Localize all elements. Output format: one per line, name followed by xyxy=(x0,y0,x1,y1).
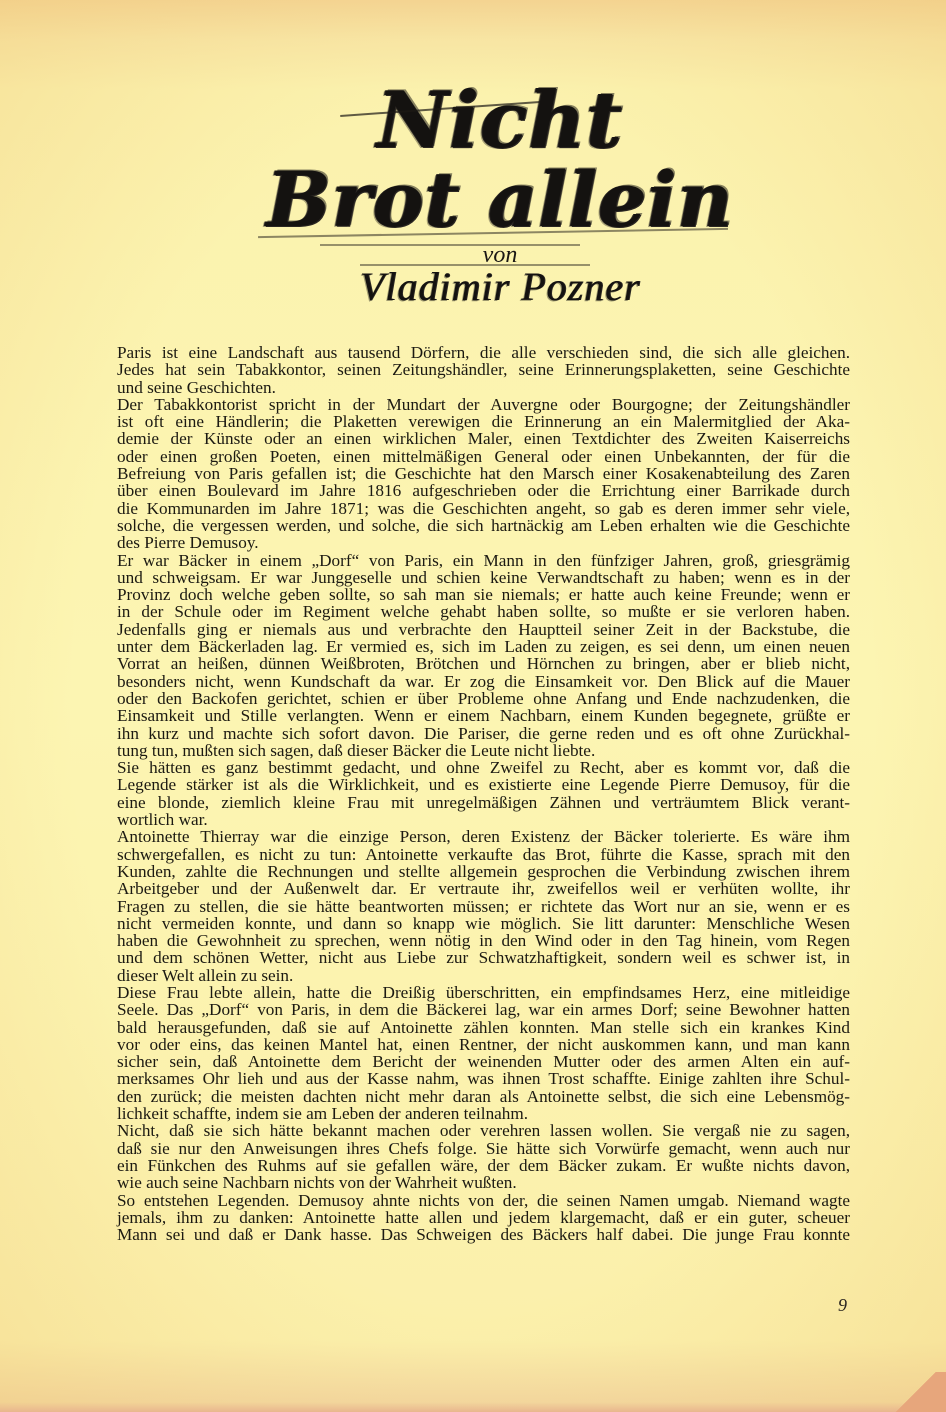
text-line: Paris ist eine Landschaft aus tausend Dö… xyxy=(117,344,850,361)
text-line: lichkeit schaffte, indem sie am Leben de… xyxy=(117,1105,850,1122)
text-line: die Kommunarden im Jahre 1871; was die G… xyxy=(117,500,850,517)
text-line: Jedenfalls ging er niemals aus und verbr… xyxy=(117,621,850,638)
paragraph: Diese Frau lebte allein, hatte die Dreiß… xyxy=(117,984,850,1122)
text-line: Nicht, daß sie sich hätte bekannt machen… xyxy=(117,1122,850,1139)
text-line: Sie hätten es ganz bestimmt gedacht, und… xyxy=(117,759,850,776)
text-line: Seele. Das „Dorf“ von Paris, in dem die … xyxy=(117,1001,850,1018)
title-line-1: Nicht xyxy=(240,82,760,160)
article-body: Paris ist eine Landschaft aus tausend Dö… xyxy=(117,344,850,1243)
text-line: besonders nicht, wenn Kundschaft da war.… xyxy=(117,673,850,690)
text-line: Der Tabakkontorist spricht in der Mundar… xyxy=(117,396,850,413)
text-line: vor oder eins, das keinen Mantel hat, ei… xyxy=(117,1036,850,1053)
text-line: Kunden, zahlte die Rechnungen und stellt… xyxy=(117,863,850,880)
text-line: wie auch seine Nachbarn nichts von der W… xyxy=(117,1174,850,1191)
text-line: und seine Geschichten. xyxy=(117,379,850,396)
text-line: Einsamkeit und Stille verlangten. Wenn e… xyxy=(117,707,850,724)
text-line: in der Schule oder im Regiment welche ge… xyxy=(117,603,850,620)
text-line: Provinz doch welche geben sollte, so sah… xyxy=(117,586,850,603)
text-line: wortlich war. xyxy=(117,811,850,828)
paragraph: Antoinette Thierray war die einzige Pers… xyxy=(117,828,850,984)
title-decoration-stroke xyxy=(360,264,590,266)
text-line: über einen Boulevard im Jahre 1816 aufge… xyxy=(117,482,850,499)
text-line: eine blonde, ziemlich kleine Frau mit un… xyxy=(117,794,850,811)
text-line: und schweigsam. Er war Junggeselle und s… xyxy=(117,569,850,586)
text-line: demie der Künste oder an einen wirkliche… xyxy=(117,430,850,447)
text-line: daß sie nur den Anweisungen ihres Chefs … xyxy=(117,1140,850,1157)
paragraph: Sie hätten es ganz bestimmt gedacht, und… xyxy=(117,759,850,828)
text-line: schwergefallen, es nicht zu tun: Antoine… xyxy=(117,846,850,863)
text-line: Mann sei und daß er Dank hasse. Das Schw… xyxy=(117,1226,850,1243)
text-line: Diese Frau lebte allein, hatte die Dreiß… xyxy=(117,984,850,1001)
text-line: Legende stärker ist als die Wirklichkeit… xyxy=(117,776,850,793)
text-line: dieser Welt allein zu sein. xyxy=(117,967,850,984)
text-line: bald herausgefunden, daß sie auf Antoine… xyxy=(117,1019,850,1036)
text-line: Antoinette Thierray war die einzige Pers… xyxy=(117,828,850,845)
text-line: Befreiung von Paris gefallen ist; die Ge… xyxy=(117,465,850,482)
magazine-page: Nicht Brot allein von Vladimir Pozner Pa… xyxy=(0,0,946,1412)
paragraph: Er war Bäcker in einem „Dorf“ von Paris,… xyxy=(117,552,850,760)
title-line-2: Brot allein xyxy=(240,162,760,238)
article-title-block: Nicht Brot allein von Vladimir Pozner xyxy=(240,78,760,308)
text-line: Jedes hat sein Tabakkontor, seinen Zeitu… xyxy=(117,361,850,378)
text-line: ist oft eine Händlerin; die Plaketten ve… xyxy=(117,413,850,430)
text-line: tung tun, mußten sich sagen, daß dieser … xyxy=(117,742,850,759)
text-line: des Pierre Demusoy. xyxy=(117,534,850,551)
text-line: Er war Bäcker in einem „Dorf“ von Paris,… xyxy=(117,552,850,569)
text-line: ein Fünkchen des Ruhms auf sie gefallen … xyxy=(117,1157,850,1174)
text-line: Arbeitgeber und der Außenwelt dar. Er ve… xyxy=(117,880,850,897)
author-name: Vladimir Pozner xyxy=(240,263,760,310)
text-line: oder einen großen Poeten, einen mittelmä… xyxy=(117,448,850,465)
text-line: Fragen zu stellen, die sie hätte beantwo… xyxy=(117,898,850,915)
page-number: 9 xyxy=(838,1295,847,1316)
text-line: nicht vermeiden konnte, und dann so knap… xyxy=(117,915,850,932)
text-line: haben die Gewohnheit zu sprechen, wenn n… xyxy=(117,932,850,949)
paragraph: Nicht, daß sie sich hätte bekannt machen… xyxy=(117,1122,850,1191)
text-line: oder den Backofen gerichtet, schien er ü… xyxy=(117,690,850,707)
text-line: jemals, ihm zu danken: Antoinette hatte … xyxy=(117,1209,850,1226)
page-corner xyxy=(886,1372,946,1412)
text-line: und dem schönen Wetter, nicht aus Liebe … xyxy=(117,949,850,966)
text-line: ihn kurz und machte sich sofort davon. D… xyxy=(117,725,850,742)
title-decoration-stroke xyxy=(320,244,580,246)
text-line: den zurück; die meisten dachten nicht me… xyxy=(117,1088,850,1105)
text-line: solche, die vergessen werden, und solche… xyxy=(117,517,850,534)
paragraph: Der Tabakkontorist spricht in der Mundar… xyxy=(117,396,850,552)
text-line: unter dem Bäckerladen lag. Er vermied es… xyxy=(117,638,850,655)
text-line: So entstehen Legenden. Demusoy ahnte nic… xyxy=(117,1192,850,1209)
page-edge xyxy=(0,1402,946,1412)
paragraph: Paris ist eine Landschaft aus tausend Dö… xyxy=(117,344,850,396)
text-line: sicher sein, daß Antoinette dem Bericht … xyxy=(117,1053,850,1070)
text-line: merksames Ohr lieh und aus der Kasse nah… xyxy=(117,1070,850,1087)
text-line: Vorrat an heißen, dünnen Weißbroten, Brö… xyxy=(117,655,850,672)
paragraph: So entstehen Legenden. Demusoy ahnte nic… xyxy=(117,1192,850,1244)
